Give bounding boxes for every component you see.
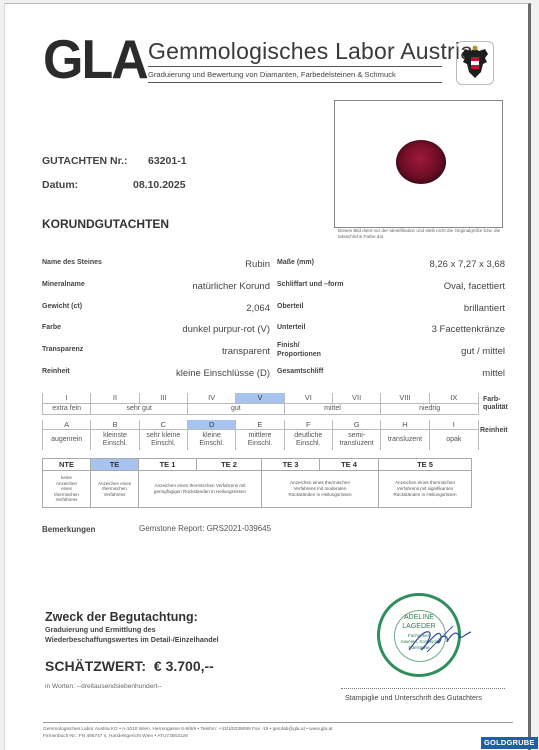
desc-line: transluzent [388,436,422,443]
property-label: Transparenz [42,346,83,353]
goldgrube-watermark-badge: GOLDGRUBE [481,737,538,749]
property-value: Oval, facettiert [444,281,505,292]
clarity-desc-cell: semi-transluzent [332,430,380,451]
desc-line: kleinste [103,432,127,439]
color-group-cell: niedrig [381,404,479,415]
treatment-code-cell: TE 3 [262,459,320,471]
desc-line: semi- [348,432,365,439]
clarity-desc-cell: kleineEinschl. [187,430,235,451]
report-number-label: GUTACHTEN Nr.: [42,155,128,167]
treatment-desc-cell: Anzeichen eines thermischen Verfahrens m… [379,471,472,508]
treatment-code-cell: TE 2 [197,459,262,471]
desc-line: mittlere [249,432,272,439]
remarks-value: Gemstone Report: GRS2021-039645 [139,524,271,533]
report-number: 63201-1 [148,155,187,167]
property-row: Reinheit kleine Einschlüsse (D) [42,368,270,380]
austrian-eagle-crest-icon [456,41,494,85]
clarity-grade-cell: G [332,420,380,430]
property-value: brillantiert [464,303,505,314]
color-grade-cell: VIII [381,393,429,404]
gla-logo: GLA [43,33,147,88]
clarity-grade-cell-selected: D [187,420,235,430]
label-line: Farb- [483,396,501,403]
property-row: Farbe dunkel purpur-rot (V) [42,324,270,336]
property-value: 8,26 x 7,27 x 3,68 [429,259,505,270]
date-value: 08.10.2025 [133,179,186,191]
property-label: Maße (mm) [277,259,314,266]
treatment-code-cell: TE 4 [320,459,379,471]
clarity-grade-cell: I [429,420,478,430]
clarity-label: Reinheit [480,427,508,435]
property-label-line: Proportionen [277,351,321,358]
property-label: Oberteil [277,303,303,310]
clarity-desc-cell: deutlicheEinschl. [284,430,332,451]
valuation-in-words: in Worten: --dreitausendsiebenhundert-- [45,683,162,690]
clarity-desc-cell: sehr kleineEinschl. [139,430,187,451]
clarity-desc-cell: opak [429,430,478,451]
property-row: Maße (mm) 8,26 x 7,27 x 3,68 [277,259,505,271]
treatment-code-cell-selected: TE [91,459,139,471]
lab-name: Gemmologisches Labor Austria [148,38,473,65]
clarity-grade-cell: B [91,420,139,430]
desc-line: Einschl. [248,440,273,447]
property-row: Gesamtschliff mittel [277,368,505,380]
color-grade-row: I II III IV V VI VII VIII IX [43,393,479,404]
property-label: Farbe [42,324,61,331]
signature-icon [405,622,475,656]
valuation: SCHÄTZWERT: € 3.700,-- [45,658,214,674]
treatment-desc-cell: Anzeichen eines thermischen Verfahrens m… [139,471,262,508]
clarity-desc-cell: mittlereEinschl. [236,430,284,451]
property-value: mittel [482,368,505,379]
color-group-cell: gut [187,404,284,415]
clarity-grade-cell: F [284,420,332,430]
purpose-line: Wiederbeschaffungswertes im Detail-/Einz… [45,635,219,644]
photo-disclaimer: Dieses Bild dient nur der Identifikation… [338,228,508,240]
property-row: Unterteil 3 Facettenkränze [277,324,505,336]
color-grade-cell: VI [284,393,332,404]
property-label: Schliffart und –form [277,281,344,288]
footer-line: Gemmologisches Labor Austria KG • A-1010… [43,727,332,732]
desc-line: opak [446,436,461,443]
footer-address: Gemmologisches Labor Austria KG • A-1010… [43,726,332,740]
property-value: Rubin [245,259,270,270]
color-grade-cell: II [91,393,139,404]
desc-line: Einschl. [296,440,321,447]
property-label: Name des Steines [42,259,102,266]
treatment-desc-cell: Anzeichen eines thermischen Verfahrens m… [262,471,379,508]
clarity-grade-cell: C [139,420,187,430]
clarity-grade-cell: E [236,420,284,430]
signature-caption: Stampiglie und Unterschrift des Gutachte… [345,693,482,702]
purpose-title: Zweck der Begutachtung: [45,610,198,624]
remarks-label: Bemerkungen [42,525,95,534]
treatment-desc-cell: keine Anzeichen eines thermischen Verfah… [43,471,91,508]
property-row: Transparenz transparent [42,346,270,358]
desc-line: augenrein [51,436,82,443]
color-grade-cell: IV [187,393,235,404]
property-value: 3 Facettenkränze [432,324,505,335]
report-type-title: KORUNDGUTACHTEN [42,217,169,231]
color-group-cell: mittel [284,404,381,415]
desc-line: transluzent [340,440,374,447]
header-divider [148,82,442,83]
desc-line: kleine [203,432,221,439]
clarity-grade-cell: A [43,420,91,430]
color-group-row: extra fein sehr gut gut mittel niedrig [43,404,479,415]
desc-line: Einschl. [151,440,176,447]
treatment-scale: NTE TE TE 1 TE 2 TE 3 TE 4 TE 5 keine An… [42,458,472,508]
property-value: gut / mittel [461,346,505,357]
ruby-image [396,140,446,184]
stamp-name: ADELINE [380,614,458,622]
color-grade-cell: IX [429,393,478,404]
label-line: qualität [483,404,508,411]
property-value: kleine Einschlüsse (D) [176,368,270,379]
property-label: Unterteil [277,324,305,331]
clarity-grade-cell: H [381,420,429,430]
clarity-desc-cell: kleinsteEinschl. [91,430,139,451]
certificate-page: GLA Gemmologisches Labor Austria Graduie… [4,3,531,750]
purpose-line: Graduierung und Ermittlung des [45,625,156,634]
desc-line: deutliche [294,432,322,439]
color-quality-scale: I II III IV V VI VII VIII IX extra fein … [42,393,479,415]
footer-line: Firmenbuch-Nr.: FN 495747 s, Handelsgeri… [43,734,188,739]
property-value: transparent [222,346,270,357]
clarity-desc-cell: transluzent [381,430,429,451]
treatment-code-cell: TE 1 [139,459,197,471]
property-row: Oberteil brillantiert [277,303,505,315]
color-group-cell: extra fein [43,404,91,415]
property-label: Mineralname [42,281,85,288]
property-row: Gewicht (ct) 2,064 [42,303,270,315]
color-grade-cell: I [43,393,91,404]
color-grade-cell: VII [332,393,380,404]
gemstone-photo [334,100,503,228]
property-label: Gewicht (ct) [42,303,82,310]
valuation-label: SCHÄTZWERT: [45,658,146,674]
property-value: 2,064 [246,303,270,314]
property-row: Name des Steines Rubin [42,259,270,271]
treatment-code-cell: NTE [43,459,91,471]
date-label: Datum: [42,179,78,191]
footer-divider [43,722,513,723]
desc-line: Einschl. [199,440,224,447]
clarity-desc-cell: augenrein [43,430,91,451]
desc-line: Einschl. [103,440,128,447]
treatment-code-cell: TE 5 [379,459,472,471]
desc-line: sehr kleine [146,432,180,439]
color-quality-label: Farb- qualität [483,396,508,412]
property-label: Reinheit [42,368,70,375]
treatment-desc-row: keine Anzeichen eines thermischen Verfah… [43,471,472,508]
clarity-scale: A B C D E F G H I augenrein kleinsteEins… [42,420,479,450]
treatment-desc-cell: Anzeichen eines thermischen Verfahrens [91,471,139,508]
property-value: natürlicher Korund [192,281,270,292]
treatment-header-row: NTE TE TE 1 TE 2 TE 3 TE 4 TE 5 [43,459,472,471]
color-grade-cell: III [139,393,187,404]
property-label-line: Finish/ [277,342,300,349]
property-value: dunkel purpur-rot (V) [182,324,270,335]
clarity-desc-row: augenrein kleinsteEinschl. sehr kleineEi… [43,430,479,451]
signature-line [341,688,505,689]
lab-tagline: Graduierung und Bewertung von Diamanten,… [148,70,396,79]
property-row: Finish/ Proportionen gut / mittel [277,341,505,363]
color-grade-cell-selected: V [236,393,284,404]
property-label: Gesamtschliff [277,368,323,375]
header-divider [148,66,442,67]
property-row: Mineralname natürlicher Korund [42,281,270,293]
clarity-grade-row: A B C D E F G H I [43,420,479,430]
property-row: Schliffart und –form Oval, facettiert [277,281,505,293]
property-label: Finish/ Proportionen [277,341,321,359]
valuation-amount: € 3.700,-- [154,658,214,674]
color-group-cell: sehr gut [91,404,188,415]
purpose-text: Graduierung und Ermittlung des Wiederbes… [45,625,219,645]
